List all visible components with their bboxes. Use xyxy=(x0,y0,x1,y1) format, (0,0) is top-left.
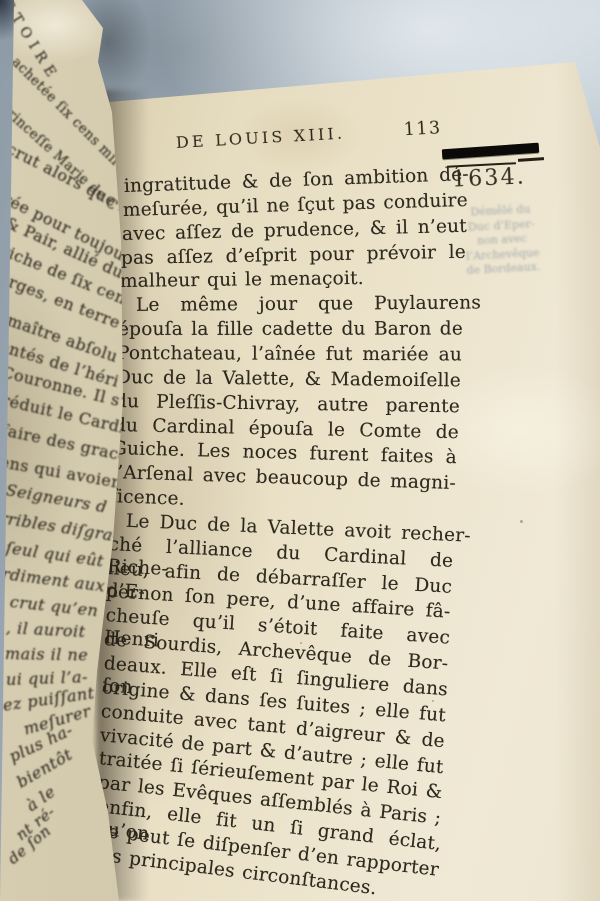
paper-speck xyxy=(520,520,523,523)
text-line: malheur qui le menaçoit. xyxy=(120,267,465,293)
paper-speck xyxy=(372,250,374,252)
text-line: Le même jour que Puylaurens xyxy=(119,293,481,318)
paper-speck xyxy=(432,700,434,702)
text-line: du Pleſſis-Chivray, autre parente xyxy=(114,391,459,418)
text-line: pas aſſez d’eſprit pour prévoir le xyxy=(121,241,466,269)
page-number: 113 xyxy=(403,118,442,140)
left-page-fragment: , il auroit xyxy=(6,618,87,641)
text-line: Duc de la Valette, & Mademoiſelle xyxy=(115,367,460,392)
text-line: Pontchateau, l’aînée fut mariée au xyxy=(117,343,462,366)
text-line: épouſa la fille cadette du Baron de xyxy=(118,319,463,341)
paper-speck xyxy=(300,642,302,644)
book-photo: DE LOUIS XIII. 113 1634. Démêlé duDuc d’… xyxy=(0,0,600,901)
left-page-fragment: mais il ne xyxy=(5,644,89,664)
